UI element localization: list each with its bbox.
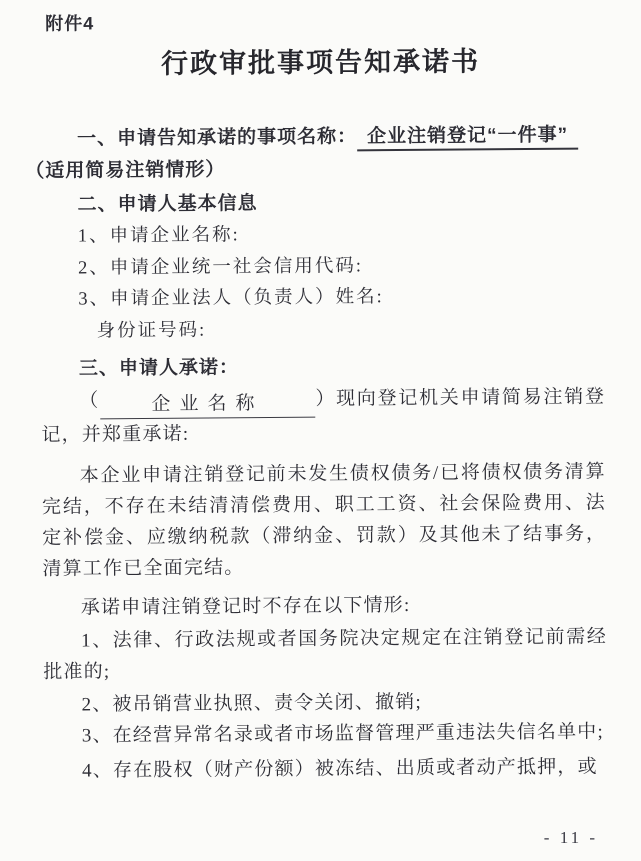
condition-item-4: 4、存在股权（财产份额）被冻结、出质或者动产抵押，或	[44, 751, 608, 786]
close-paren: ）	[315, 389, 336, 410]
document-page: 附件4 行政审批事项告知承诺书 一、申请告知承诺的事项名称：企业注销登记“一件事…	[0, 0, 641, 861]
company-name-blank: 企业名称	[100, 391, 315, 420]
commitment-paragraph: 本企业申请注销登记前未发生债权债务/已将债权债务清算完结，不存在未结清清偿费用、…	[42, 456, 607, 584]
section1-note: （适用简易注销情形）	[25, 151, 603, 188]
document-content: 附件4 行政审批事项告知承诺书 一、申请告知承诺的事项名称：企业注销登记“一件事…	[0, 0, 641, 787]
condition-item-1: 1、法律、行政法规或者国务院决定规定在注销登记前需经批准的;	[43, 621, 607, 687]
commitment-intro-line: （企业名称）现向登记机关申请简易注销登记，并郑重承诺:	[41, 381, 605, 450]
company-name-blank-label: 企业名称	[151, 393, 263, 415]
condition-item-2: 2、被吊销营业执照、责令关闭、撤销;	[43, 685, 607, 720]
page-number: - 11 -	[544, 828, 598, 848]
document-title: 行政审批事项告知承诺书	[38, 41, 602, 83]
field-credit-code: 2、申请企业统一社会信用代码:	[40, 249, 604, 285]
open-paren: （	[79, 390, 100, 411]
conditions-intro: 承诺申请注销登记时不存在以下情形:	[43, 588, 607, 623]
field-company-name: 1、申请企业名称:	[40, 217, 604, 253]
section2-heading: 二、申请人基本信息	[39, 185, 603, 221]
condition-item-3: 3、在经营异常名录或者市场监督管理严重违法失信名单中;	[44, 716, 608, 751]
field-legal-person-name: 3、申请企业法人（负责人）姓名:	[40, 280, 604, 316]
section3-heading: 三、申请人承诺：	[41, 349, 605, 385]
section1-label: 一、申请告知承诺的事项名称：	[77, 126, 357, 149]
section1-item-name: 企业注销登记“一件事”	[357, 125, 578, 152]
field-id-number: 身份证号码:	[40, 312, 604, 348]
attachment-label: 附件4	[45, 5, 602, 37]
section1-line: 一、申请告知承诺的事项名称：企业注销登记“一件事”	[39, 119, 603, 155]
